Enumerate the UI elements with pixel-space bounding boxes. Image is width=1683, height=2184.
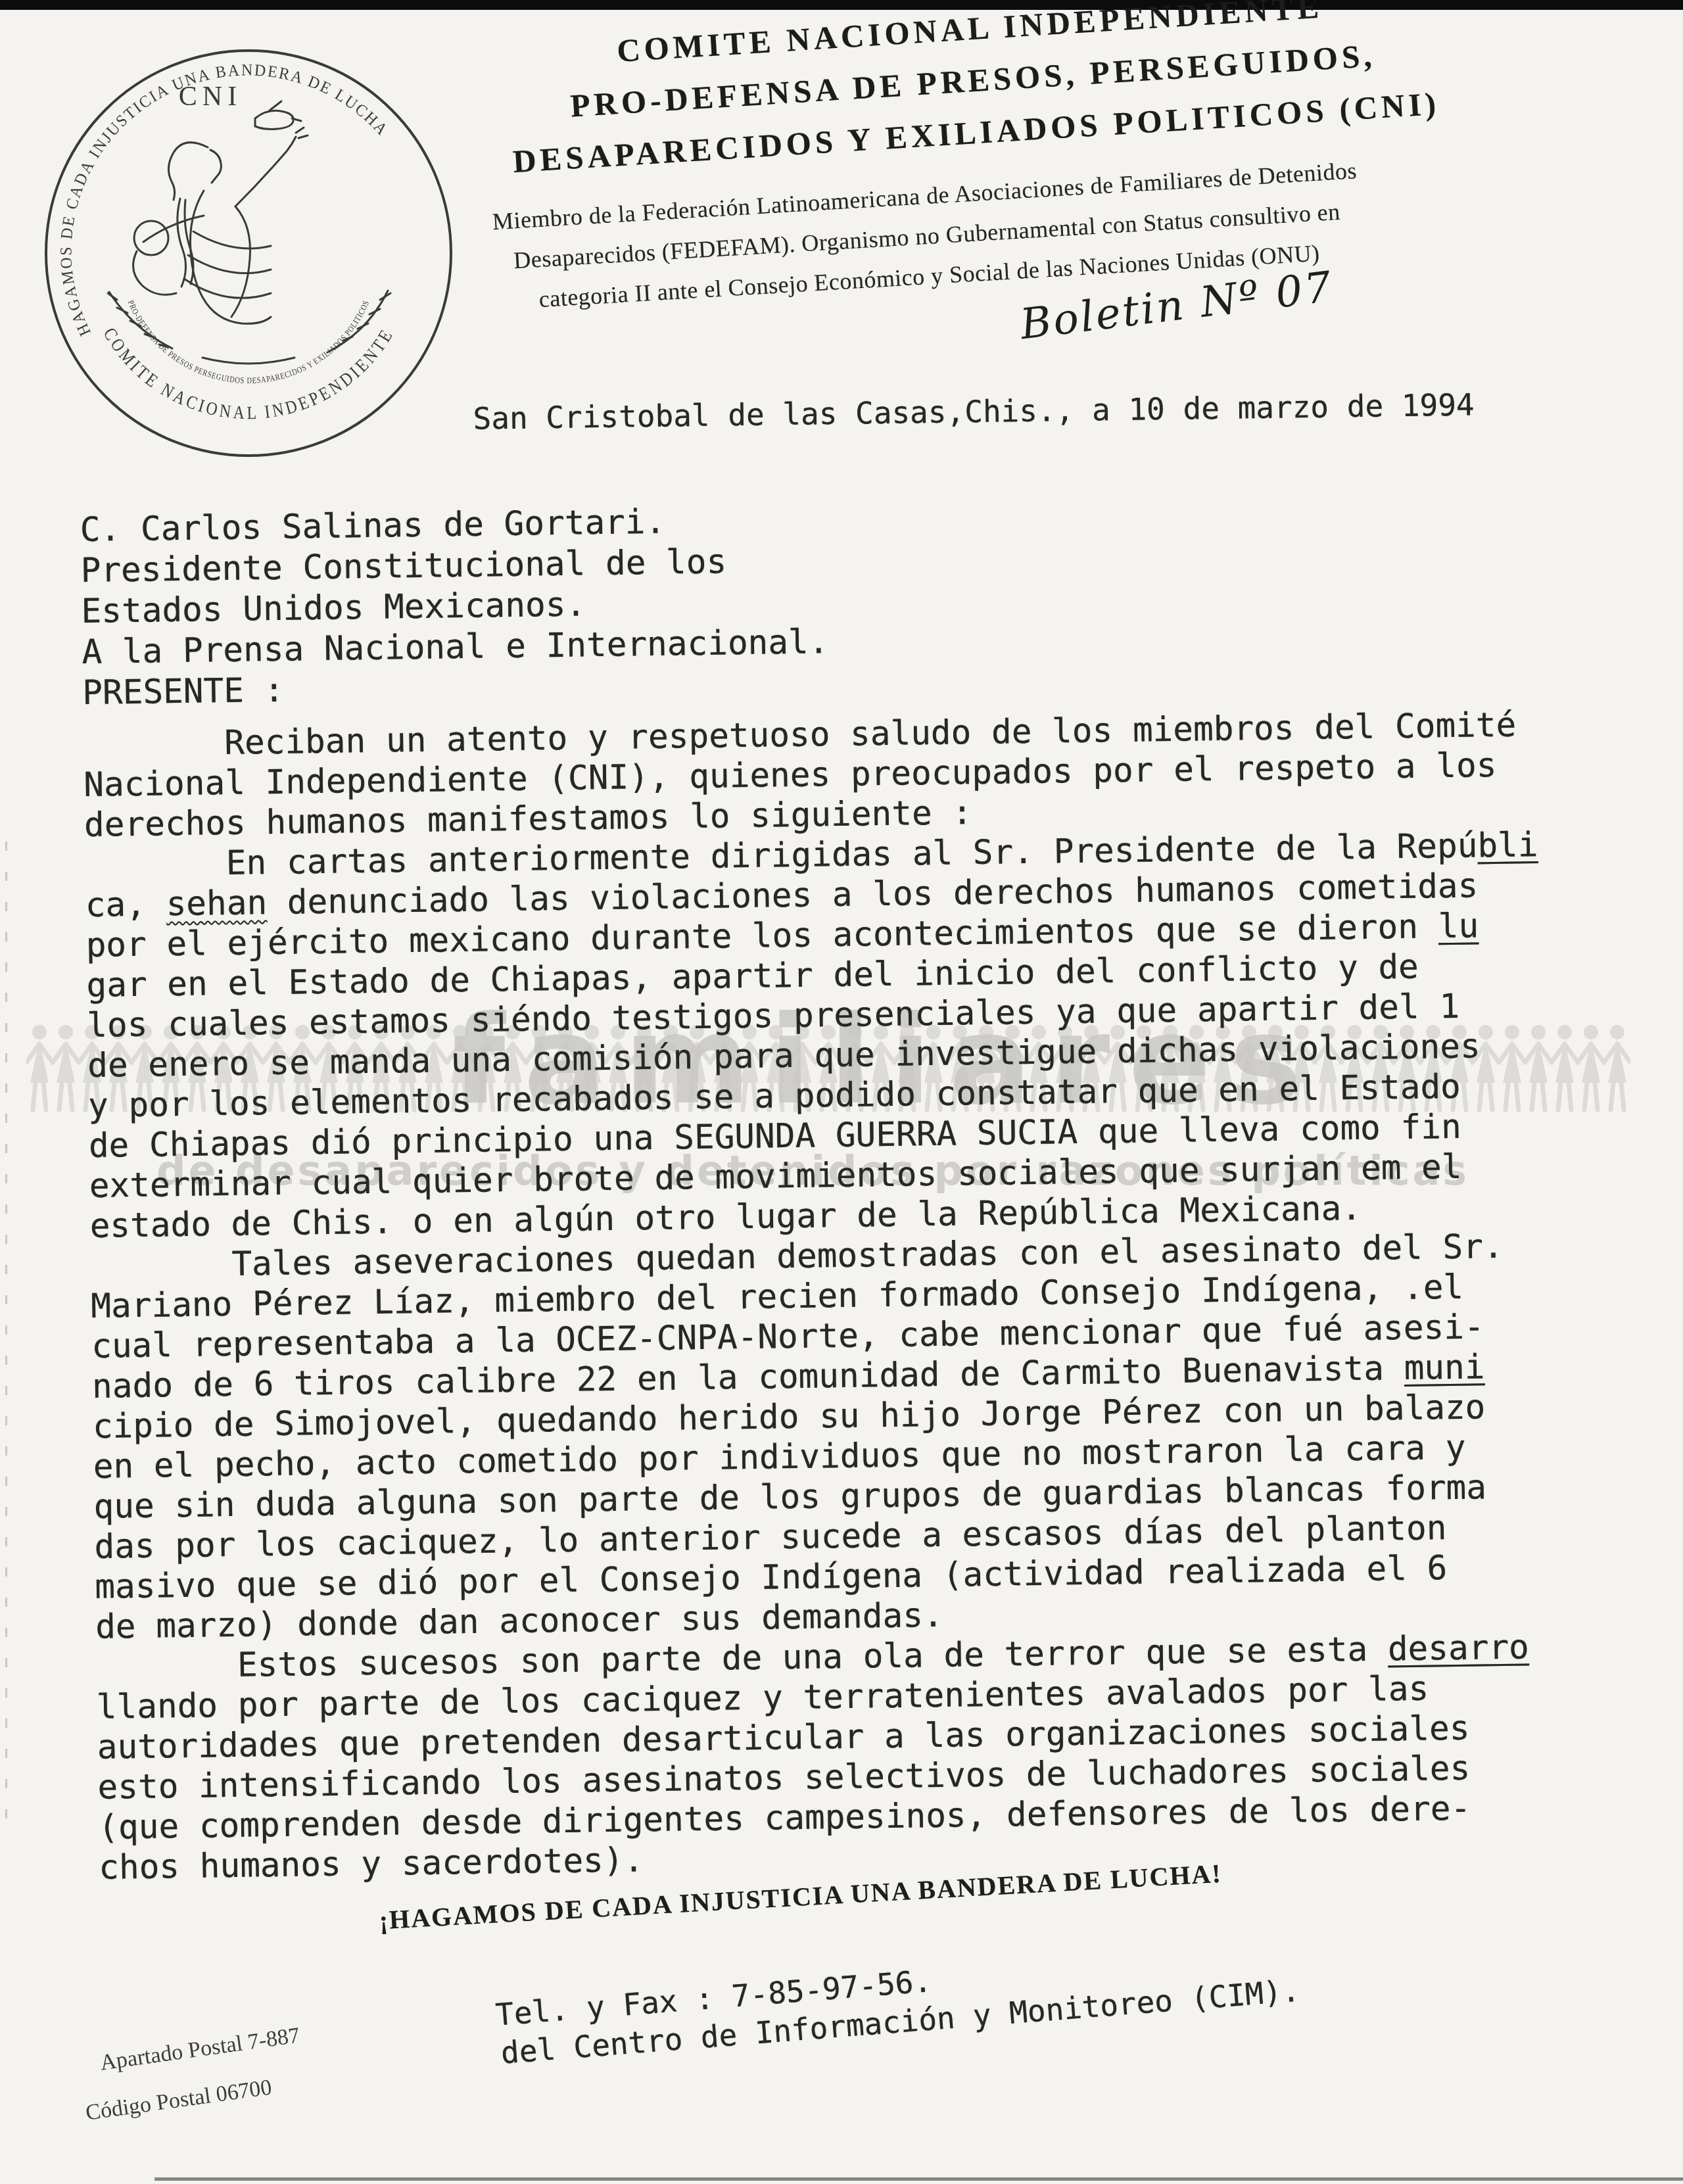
- typed-letter: San Cristobal de las Casas,Chis., a 10 d…: [0, 0, 1683, 2184]
- underlined-fragment: muni: [1404, 1348, 1485, 1388]
- underlined-fragment: desarro: [1388, 1628, 1530, 1669]
- body-lines: Reciban un atento y respetuoso saludo de…: [83, 705, 1552, 1888]
- underlined-fragment: bli: [1477, 826, 1538, 865]
- dateline: San Cristobal de las Casas,Chis., a 10 d…: [473, 387, 1475, 436]
- scan-edge-bottom: [154, 2177, 1683, 2181]
- addressee-block: C. Carlos Salinas de Gortari.Presidente …: [80, 500, 829, 714]
- underlined-fragment: sehan: [166, 884, 267, 924]
- letter-page: familiares de desaparecidos y detenidos …: [0, 0, 1683, 2184]
- underlined-fragment: lu: [1438, 907, 1479, 946]
